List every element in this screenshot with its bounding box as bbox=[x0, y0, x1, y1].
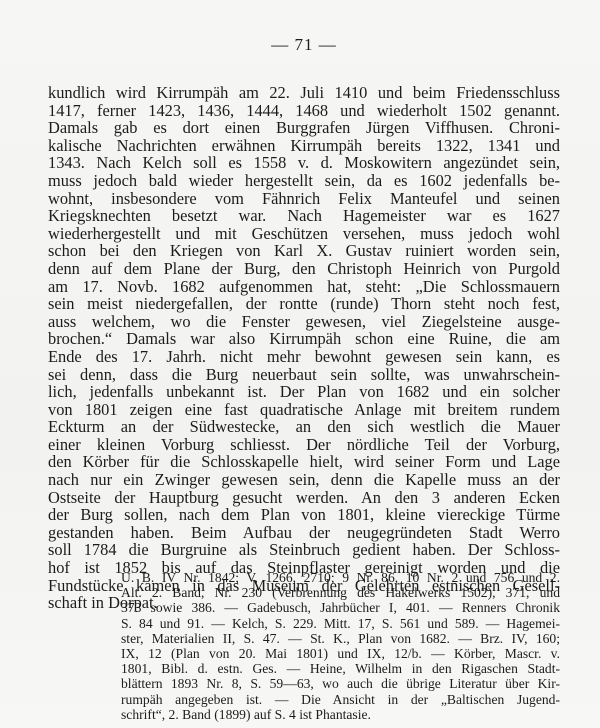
body-line: Damals gab es dort einen Burggrafen Jürg… bbox=[48, 119, 560, 137]
body-line: Ende des 17. Jahrh. nicht mehr bewohnt g… bbox=[48, 348, 560, 366]
footnote-line: Alt. 2. Band, Nr. 230 (Verbrennung des H… bbox=[121, 585, 560, 600]
body-line: den Körber für die Schlosskapelle hielt,… bbox=[48, 453, 560, 471]
body-line: Ostseite der Hauptburg gesucht werden. A… bbox=[48, 489, 560, 507]
body-line: 1343. Nach Kelch soll es 1558 v. d. Mosk… bbox=[48, 154, 560, 172]
body-line: Kriegsknechten besetzt war. Nach Hagemei… bbox=[48, 207, 560, 225]
footnote-line: 373 sowie 386. — Gadebusch, Jahrbücher I… bbox=[121, 600, 560, 615]
body-line: nach nur ein Zwinger gewesen sein, denn … bbox=[48, 471, 560, 489]
body-line: auss welchem, wo die Fenster gewesen, vi… bbox=[48, 313, 560, 331]
body-line: einer kleinen Vorburg schliesst. Der nör… bbox=[48, 436, 560, 454]
footnote-line: U. B. IV Nr. 1842; V, 1266, 2710; 9 Nr. … bbox=[121, 570, 560, 585]
footnote-line: 1801, Bibl. d. estn. Ges. — Heine, Wilhe… bbox=[121, 661, 560, 676]
footnote-line: blättern 1893 Nr. 8, S. 59—63, wo auch d… bbox=[121, 676, 560, 691]
body-line: 1417, ferner 1423, 1436, 1444, 1468 und … bbox=[48, 102, 560, 120]
footnote-line: schrift“, 2. Band (1899) auf S. 4 ist Ph… bbox=[121, 707, 560, 722]
body-line: wohnt, insbesondere vom Fähnrich Felix M… bbox=[48, 190, 560, 208]
body-line: lich, jedenfalls unbekannt ist. Der Plan… bbox=[48, 383, 560, 401]
body-text: kundlich wird Kirrumpäh am 22. Juli 1410… bbox=[48, 84, 560, 612]
footnote-line: IX, 12 (Plan von 20. Mai 1801) und IX, 1… bbox=[121, 646, 560, 661]
body-line: der Burg sollen, nach dem Plan von 1801,… bbox=[48, 506, 560, 524]
body-line: muss jedoch bald wieder hergestellt sein… bbox=[48, 172, 560, 190]
body-line: sein meist niedergefallen, der rontte (r… bbox=[48, 295, 560, 313]
body-line: kundlich wird Kirrumpäh am 22. Juli 1410… bbox=[48, 84, 560, 102]
footnote-line: S. 84 und 91. — Kelch, S. 229. Mitt. 17,… bbox=[121, 616, 560, 631]
body-line: von 1801 zeigen eine fast quadratische A… bbox=[48, 401, 560, 419]
body-line: schon bei den Kriegen von Karl X. Gustav… bbox=[48, 242, 560, 260]
body-line: Eckturm an der Südwestecke, an den sich … bbox=[48, 418, 560, 436]
footnote-references: U. B. IV Nr. 1842; V, 1266, 2710; 9 Nr. … bbox=[121, 570, 560, 722]
body-line: soll 1784 die Burgruine als Steinbruch g… bbox=[48, 541, 560, 559]
scanned-page: — 71 — kundlich wird Kirrumpäh am 22. Ju… bbox=[0, 0, 600, 728]
body-line: gestanden haben. Beim Aufbau der neugegr… bbox=[48, 524, 560, 542]
body-line: kalische Nachrichten erwähnen Kirrumpäh … bbox=[48, 137, 560, 155]
body-line: am 17. Novb. 1682 aufgenommen hat, steht… bbox=[48, 278, 560, 296]
body-line: sei denn, dass die Burg neuerbaut sein s… bbox=[48, 366, 560, 384]
body-line: brochen.“ Damals war also Kirrumpäh scho… bbox=[48, 330, 560, 348]
footnote-line: ster, Materialien II, S. 47. — St. K., P… bbox=[121, 631, 560, 646]
body-line: denn auf dem Plane der Burg, den Christo… bbox=[48, 260, 560, 278]
body-line: wiederhergestellt und mit Geschützen ver… bbox=[48, 225, 560, 243]
footnote-line: rumpäh angegeben ist. — Die Ansicht in d… bbox=[121, 692, 560, 707]
page-number: — 71 — bbox=[0, 35, 600, 55]
